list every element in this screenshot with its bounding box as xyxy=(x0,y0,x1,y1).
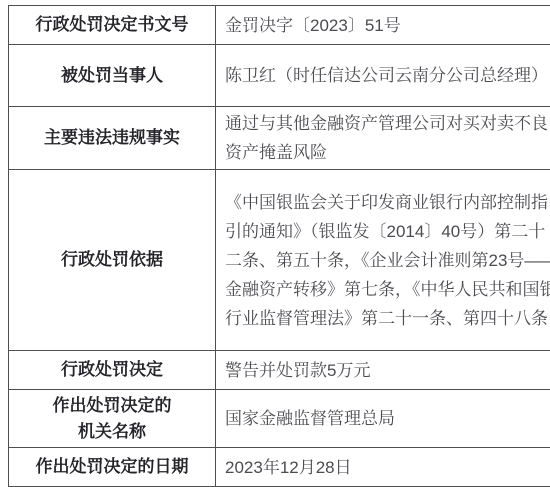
row-value: 《中国银监会关于印发商业银行内部控制指引的通知》（银监发〔2014〕40号）第二… xyxy=(216,170,550,351)
row-label: 被处罚当事人 xyxy=(9,45,216,107)
row-label: 作出处罚决定的日期 xyxy=(9,448,216,487)
page: 行政处罚决定书文号 金罚决字〔2023〕51号 被处罚当事人 陈卫红（时任信达公… xyxy=(0,0,550,487)
penalty-decision-table: 行政处罚决定书文号 金罚决字〔2023〕51号 被处罚当事人 陈卫红（时任信达公… xyxy=(8,5,550,487)
table-row: 作出处罚决定的日期 2023年12月28日 xyxy=(9,448,550,487)
table-row: 作出处罚决定的 机关名称 国家金融监督管理总局 xyxy=(9,390,550,448)
row-label: 行政处罚依据 xyxy=(9,170,216,351)
row-label: 主要违法违规事实 xyxy=(9,107,216,170)
row-label: 行政处罚决定书文号 xyxy=(9,6,216,45)
table-row: 主要违法违规事实 通过与其他金融资产管理公司对买对卖不良资产掩盖风险 xyxy=(9,107,550,170)
row-value: 陈卫红（时任信达公司云南分公司总经理） xyxy=(216,45,550,107)
table-row: 行政处罚决定 警告并处罚款5万元 xyxy=(9,351,550,390)
row-value: 金罚决字〔2023〕51号 xyxy=(216,6,550,45)
table-row: 被处罚当事人 陈卫红（时任信达公司云南分公司总经理） xyxy=(9,45,550,107)
row-value: 警告并处罚款5万元 xyxy=(216,351,550,390)
table-row: 行政处罚依据 《中国银监会关于印发商业银行内部控制指引的通知》（银监发〔2014… xyxy=(9,170,550,351)
row-value: 国家金融监督管理总局 xyxy=(216,390,550,448)
table-row: 行政处罚决定书文号 金罚决字〔2023〕51号 xyxy=(9,6,550,45)
row-label: 作出处罚决定的 机关名称 xyxy=(9,390,216,448)
row-value: 2023年12月28日 xyxy=(216,448,550,487)
row-value: 通过与其他金融资产管理公司对买对卖不良资产掩盖风险 xyxy=(216,107,550,170)
row-label: 行政处罚决定 xyxy=(9,351,216,390)
